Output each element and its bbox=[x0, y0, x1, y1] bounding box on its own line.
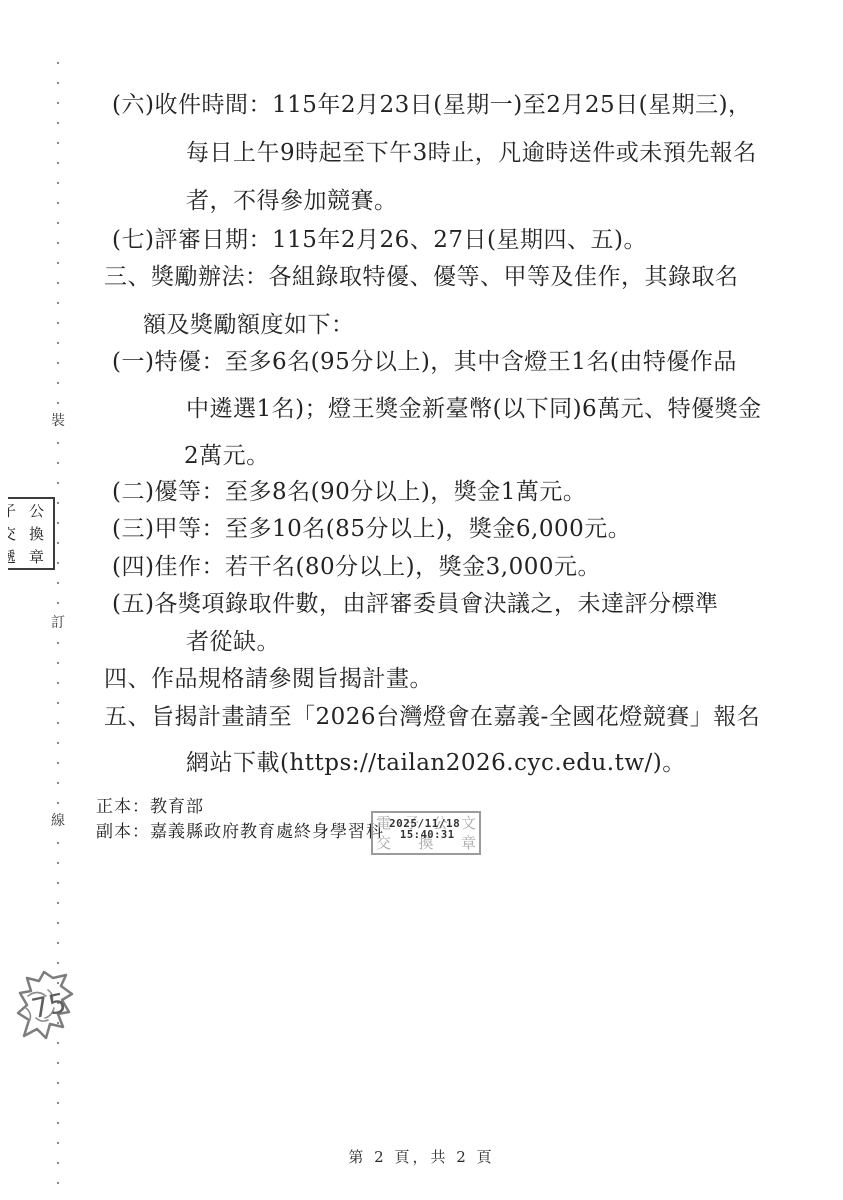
left-stamp-char: 遞 bbox=[8, 549, 16, 565]
doc-line: 四、作品規格請參閱旨揭計畫。 bbox=[104, 666, 433, 693]
doc-line: 三、獎勵辦法：各組錄取特優、優等、甲等及佳作，其錄取名 bbox=[104, 264, 739, 291]
page-footer: 第 2 頁，共 2 頁 bbox=[0, 1146, 843, 1167]
left-stamp-column-right: 公 換 章 bbox=[29, 499, 44, 568]
binding-mark-zhuang: 裝 bbox=[49, 406, 67, 434]
doc-line: (一)特優：至多6名(95分以上)，其中含燈王1名(由特優作品 bbox=[112, 349, 737, 376]
document-page: 裝 訂 線 子 交 遞 公 換 章 (六)收件時間：115年2月23日(星期一)… bbox=[0, 0, 843, 1200]
stamp-char: 章 bbox=[461, 833, 476, 853]
left-stamp-char: 子 bbox=[8, 503, 16, 519]
doc-line: 五、旨揭計畫請至「2026台灣燈會在嘉義-全國花燈競賽」報名 bbox=[104, 704, 760, 731]
doc-line: (七)評審日期：115年2月26、27日(星期四、五)。 bbox=[112, 227, 647, 254]
binding-mark-xian: 線 bbox=[49, 806, 67, 834]
doc-line: 者，不得參加競賽。 bbox=[186, 188, 398, 215]
doc-line: (三)甲等：至多10名(85分以上)，獎金6,000元。 bbox=[112, 516, 631, 543]
left-stamp-char: 換 bbox=[29, 526, 44, 542]
stamp-char: 文 bbox=[461, 813, 476, 833]
doc-line: (五)各獎項錄取件數，由評審委員會決議之，未達評分標準 bbox=[112, 591, 718, 618]
doc-line: 2萬元。 bbox=[184, 443, 270, 470]
binding-mark-ding: 訂 bbox=[49, 608, 67, 636]
electronic-exchange-stamp: 電 子 公 文 交 換 章 2025/11/18 15:40:31 bbox=[371, 811, 481, 855]
recipient-cc: 副本：嘉義縣政府教育處終身學習科 bbox=[96, 817, 384, 842]
doc-line: 者從缺。 bbox=[186, 629, 280, 656]
doc-line: 額及獎勵額度如下： bbox=[143, 312, 355, 339]
doc-line: 網站下載(https://tailan2026.cyc.edu.tw/)。 bbox=[186, 750, 686, 777]
left-edge-exchange-stamp: 子 交 遞 公 換 章 bbox=[8, 497, 55, 570]
doc-line: (四)佳作：若干名(80分以上)，獎金3,000元。 bbox=[112, 554, 601, 581]
left-stamp-column-left: 子 交 遞 bbox=[8, 499, 16, 568]
doc-line: (二)優等：至多8名(90分以上)，獎金1萬元。 bbox=[112, 479, 586, 506]
doc-line: 中遴選1名)；燈王獎金新臺幣(以下同)6萬元、特優獎金 bbox=[186, 396, 762, 423]
seal-75: 75 bbox=[14, 966, 78, 1052]
left-stamp-char: 章 bbox=[29, 549, 44, 565]
stamp-char: 交 bbox=[376, 833, 391, 853]
seal-number: 75 bbox=[29, 988, 69, 1025]
left-stamp-char: 公 bbox=[29, 503, 44, 519]
recipient-original: 正本：教育部 bbox=[96, 792, 204, 817]
left-stamp-char: 交 bbox=[8, 526, 16, 542]
doc-line: (六)收件時間：115年2月23日(星期一)至2月25日(星期三)， bbox=[112, 92, 752, 119]
exchange-stamp-time: 15:40:31 bbox=[400, 829, 455, 841]
doc-line: 每日上午9時起至下午3時止，凡逾時送件或未預先報名 bbox=[186, 140, 757, 167]
